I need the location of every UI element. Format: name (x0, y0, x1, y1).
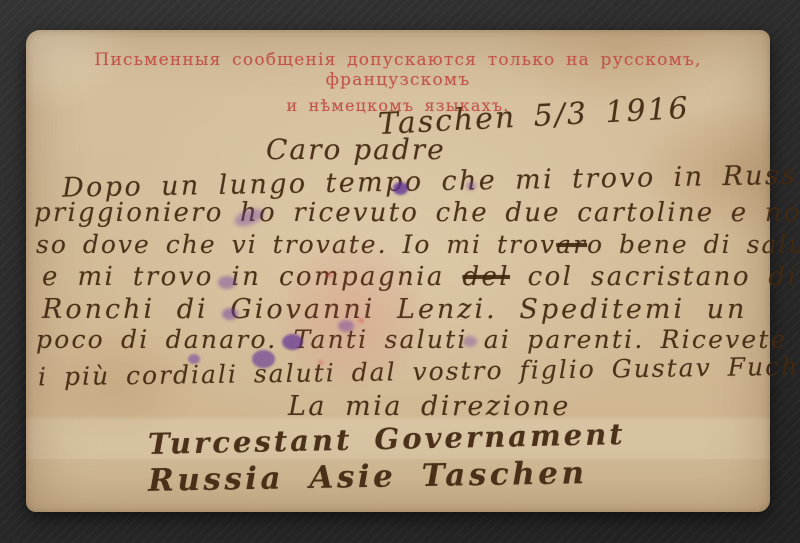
photo-background: Письменныя сообщенія допускаются только … (0, 0, 800, 543)
handwritten-line-1: Dopo un lungo tempo che mi trovo in Russ… (62, 161, 800, 201)
handwritten-address-line-2: Russia Asie Taschen (148, 458, 588, 497)
handwritten-address-line-1: Turcestant Governament (148, 420, 626, 459)
line-3-segment: o bene di salute (587, 230, 800, 259)
handwritten-line-2: priggioniero ho ricevuto che due cartoli… (34, 200, 800, 226)
handwritten-line-5: Ronchi di Giovanni Lenzi. Speditemi un (42, 296, 747, 323)
line-4-segment: col sacristano di (510, 262, 798, 292)
handwritten-line-7: i più cordiali saluti dal vostro figlio … (38, 354, 800, 390)
line-3-segment: so dove che vi trovate. Io mi trov (36, 230, 556, 259)
line-4-segment: e mi trovo in compagnia (42, 262, 462, 292)
line-3-struck-segment: ar (556, 230, 587, 259)
printed-notice-line1: Письменныя сообщенія допускаются только … (26, 50, 770, 90)
postcard: Письменныя сообщенія допускаются только … (26, 30, 770, 512)
handwritten-line-3: so dove che vi trovate. Io mi trovaro be… (36, 232, 800, 257)
line-4-struck-word: del (462, 262, 510, 292)
handwritten-line-6: poco di danaro. Tanti saluti ai parenti.… (36, 327, 788, 352)
handwritten-line-4: e mi trovo in compagnia del col sacrista… (42, 264, 798, 290)
handwritten-salutation: Caro padre (266, 136, 446, 164)
handwritten-address-heading: La mia direzione (288, 393, 571, 420)
